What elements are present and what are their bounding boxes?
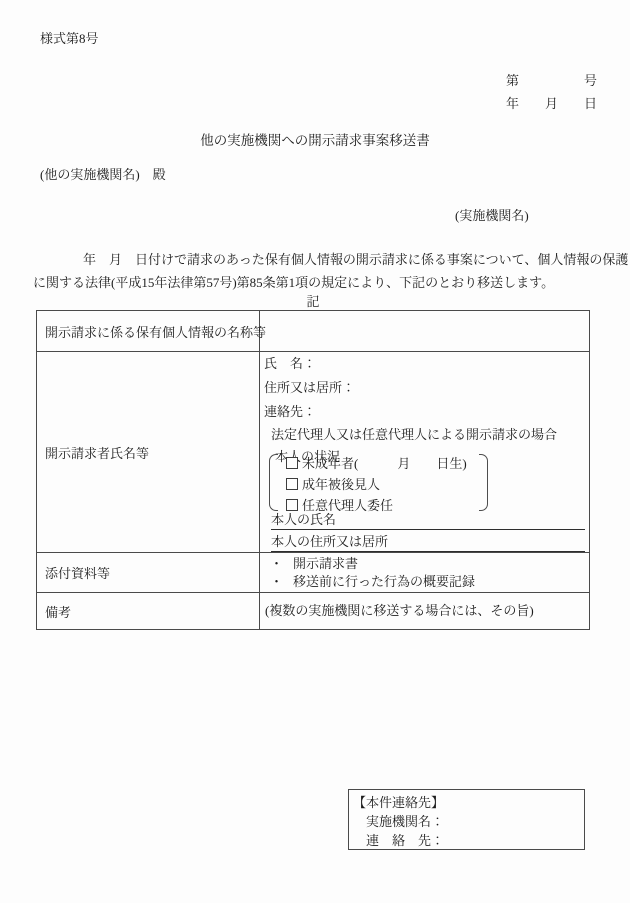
requester-address-label: 住所又は居所：: [264, 380, 355, 396]
checkbox-adult-ward-icon[interactable]: [286, 478, 298, 490]
sender-line: (実施機関名): [455, 208, 529, 224]
bracket-right-decoration: [479, 454, 488, 511]
form-table: 開示請求に係る保有個人情報の名称等 開示請求者氏名等 氏 名： 住所又は居所： …: [36, 310, 590, 630]
checkbox-voluntary-agent-label: 任意代理人委任: [302, 498, 393, 513]
attachment-item-1: ・開示請求書: [270, 556, 358, 572]
checkbox-minor-icon[interactable]: [286, 457, 298, 469]
checkbox-row-adult-ward: 成年被後見人: [286, 477, 380, 493]
bullet-icon: ・: [270, 556, 283, 571]
row2-content-cell: 氏 名： 住所又は居所： 連絡先： 法定代理人又は任意代理人による開示請求の場合…: [260, 352, 589, 552]
document-page: 様式第8号 第 号 年 月 日 他の実施機関への開示請求事案移送書 (他の実施機…: [0, 0, 630, 903]
attachment-item-2-label: 移送前に行った行為の概要記録: [293, 574, 475, 589]
table-row-attachments: 添付資料等 ・開示請求書 ・移送前に行った行為の概要記録: [37, 553, 589, 593]
row2-label: 開示請求者氏名等: [37, 352, 260, 552]
table-row-remarks: 備考 (複数の実施機関に移送する場合には、その旨): [37, 593, 589, 629]
addressee-line: (他の実施機関名) 殿: [40, 167, 166, 183]
agent-case-label: 法定代理人又は任意代理人による開示請求の場合: [271, 427, 557, 443]
document-title: 他の実施機関への開示請求事案移送書: [0, 133, 630, 149]
row1-label: 開示請求に係る保有個人情報の名称等: [37, 311, 260, 351]
attachment-item-2: ・移送前に行った行為の概要記録: [270, 574, 475, 590]
principal-address-field[interactable]: 本人の住所又は居所: [271, 534, 585, 552]
bracket-left-decoration: [269, 454, 278, 511]
row3-label: 添付資料等: [37, 553, 260, 592]
bullet-icon: ・: [270, 574, 283, 589]
checkbox-row-minor: 未成年者( 月 日生): [286, 456, 467, 472]
requester-contact-label: 連絡先：: [264, 404, 316, 420]
form-number: 様式第8号: [40, 31, 99, 47]
remarks-note: (複数の実施機関に移送する場合には、その旨): [265, 603, 534, 619]
date-line: 年 月 日: [400, 96, 597, 112]
body-paragraph-line1: 年 月 日付けで請求のあった保有個人情報の開示請求に係る事案について、個人情報の…: [83, 252, 628, 268]
document-number-line: 第 号: [400, 73, 597, 89]
attachment-item-1-label: 開示請求書: [293, 556, 358, 571]
contact-box-agency-label: 実施機関名：: [366, 814, 444, 829]
contact-box-title: 【本件連絡先】: [353, 795, 444, 810]
row1-value-cell[interactable]: [260, 311, 589, 351]
requester-name-label: 氏 名：: [264, 356, 316, 372]
table-row-info-name: 開示請求に係る保有個人情報の名称等: [37, 311, 589, 352]
record-mark: 記: [36, 294, 590, 310]
checkbox-minor-label: 未成年者( 月 日生): [302, 456, 467, 471]
contact-box-contact-label: 連 絡 先：: [366, 833, 444, 848]
row3-content-cell: ・開示請求書 ・移送前に行った行為の概要記録: [260, 553, 589, 592]
body-paragraph-line2: に関する法律(平成15年法律第57号)第85条第1項の規定により、下記のとおり移…: [33, 275, 554, 291]
row4-label: 備考: [37, 593, 260, 629]
principal-name-field[interactable]: 本人の氏名: [271, 512, 585, 530]
checkbox-adult-ward-label: 成年被後見人: [302, 477, 380, 492]
row4-content-cell: (複数の実施機関に移送する場合には、その旨): [260, 593, 589, 629]
table-row-requester: 開示請求者氏名等 氏 名： 住所又は居所： 連絡先： 法定代理人又は任意代理人に…: [37, 352, 589, 553]
checkbox-voluntary-agent-icon[interactable]: [286, 499, 298, 511]
contact-box: 【本件連絡先】 実施機関名： 連 絡 先：: [348, 789, 585, 850]
